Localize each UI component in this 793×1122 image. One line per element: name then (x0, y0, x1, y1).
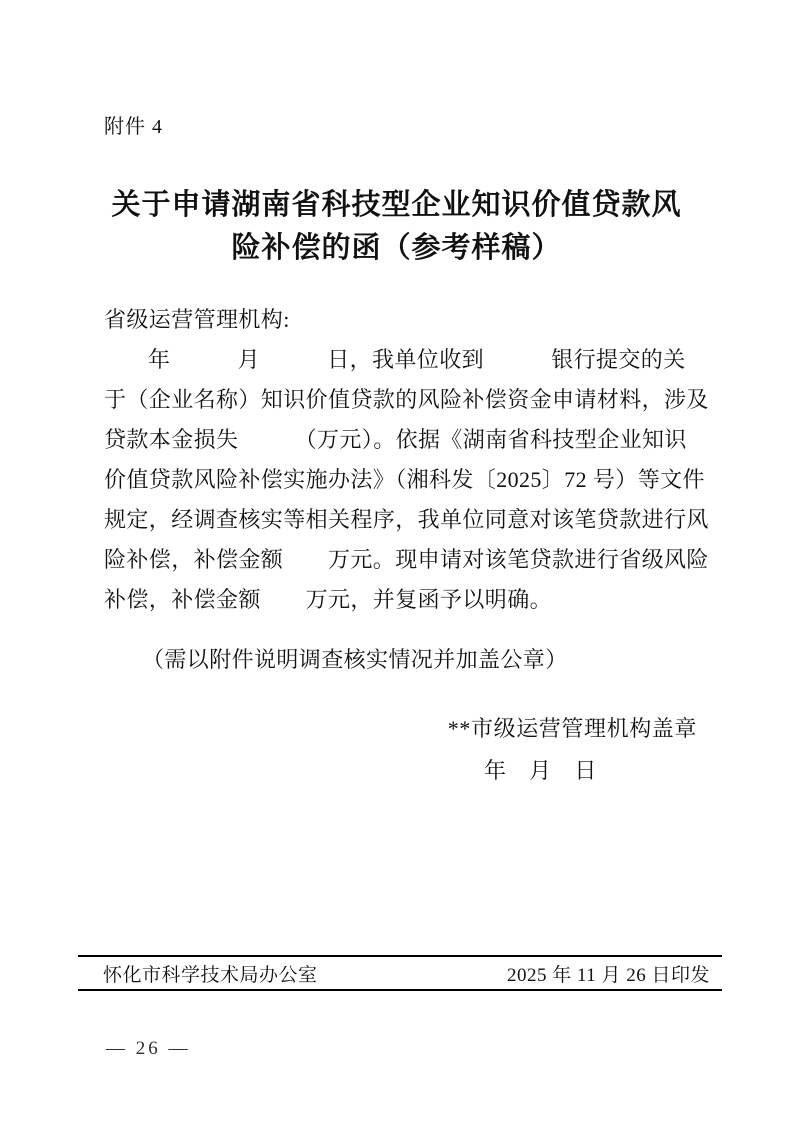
body-line: 补偿，补偿金额 万元，并复函予以明确。 (104, 580, 703, 620)
print-date: 2025 年 11 月 26 日印发 (507, 960, 722, 987)
signature-block: **市级运营管理机构盖章 年 月 日 (104, 708, 697, 792)
body-line: 年 月 日，我单位收到 银行提交的关 (104, 340, 703, 380)
document-title-line2: 险补偿的函（参考样稿） (60, 227, 733, 270)
print-footer: 怀化市科学技术局办公室 2025 年 11 月 26 日印发 (78, 955, 722, 991)
body-line: 规定，经调查核实等相关程序，我单位同意对该笔贷款进行风 (104, 500, 703, 540)
document-page: 附件 4 关于申请湖南省科技型企业知识价值贷款风 险补偿的函（参考样稿） 省级运… (0, 0, 793, 1122)
document-title: 关于申请湖南省科技型企业知识价值贷款风 险补偿的函（参考样稿） (60, 184, 733, 270)
signature-org: **市级运营管理机构盖章 (104, 708, 697, 750)
salutation: 省级运营管理机构: (104, 300, 703, 340)
body-line: 价值贷款风险补偿实施办法》（湘科发〔2025〕72 号）等文件 (104, 460, 703, 500)
signature-date: 年 月 日 (104, 750, 697, 792)
stamp-note: （需以附件说明调查核实情况并加盖公章） (104, 640, 703, 680)
page-number: — 26 — (106, 1038, 191, 1060)
body-line: 险补偿，补偿金额 万元。现申请对该笔贷款进行省级风险 (104, 540, 703, 580)
body-line: 贷款本金损失 （万元）。依据《湖南省科技型企业知识 (104, 420, 703, 460)
letter-body: 省级运营管理机构: 年 月 日，我单位收到 银行提交的关 于（企业名称）知识价值… (104, 300, 703, 620)
document-title-line1: 关于申请湖南省科技型企业知识价值贷款风 (60, 184, 733, 227)
attachment-label: 附件 4 (104, 110, 163, 139)
issuing-office: 怀化市科学技术局办公室 (78, 960, 318, 987)
body-line: 于（企业名称）知识价值贷款的风险补偿资金申请材料，涉及 (104, 380, 703, 420)
